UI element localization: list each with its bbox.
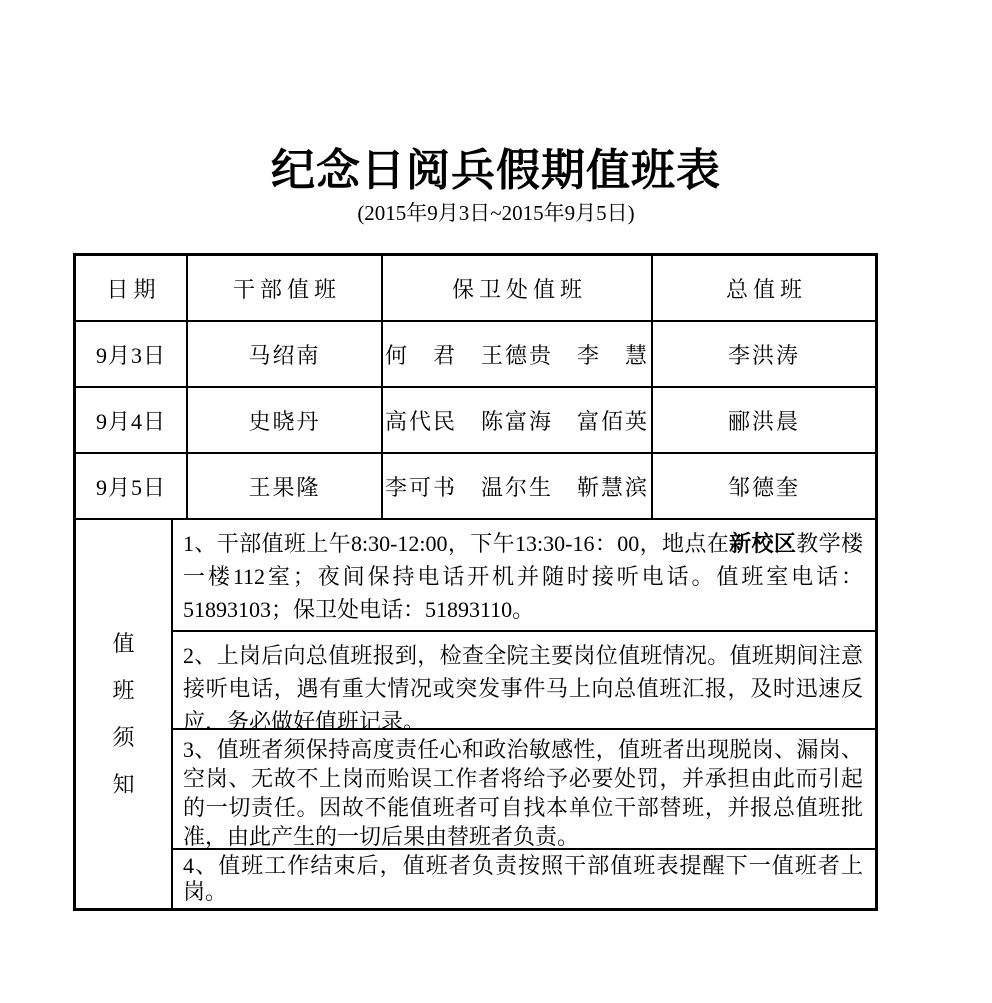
- note-1-bold-campus: 新校区: [729, 531, 796, 556]
- note-item-3: 3、值班者须保持高度责任心和政治敏感性，值班者出现脱岗、漏岗、空岗、无故不上岗而…: [173, 730, 875, 848]
- col-header-cadre-duty: 干部值班: [188, 256, 381, 320]
- page-title: 纪念日阅兵假期值班表: [0, 134, 992, 198]
- row1-date: 9月3日: [76, 322, 186, 386]
- col-header-general-duty: 总值班: [653, 256, 875, 320]
- schedule-grid: 日期 干部值班 保卫处值班 总值班 9月3日 马绍南 何 君 王德贵 李 慧 李…: [76, 256, 875, 518]
- notes-label-char-4: 知: [112, 761, 134, 808]
- col-header-security-duty: 保卫处值班: [383, 256, 651, 320]
- row3-cadre: 王果隆: [188, 454, 381, 518]
- note-item-4: 4、值班工作结束后，值班者负责按照干部值班表提醒下一值班者上岗。: [173, 850, 875, 908]
- row1-cadre: 马绍南: [188, 322, 381, 386]
- page-subtitle: (2015年9月3日~2015年9月5日): [0, 197, 992, 227]
- row2-security: 高代民 陈富海 富佰英: [383, 388, 651, 452]
- note-2-text: 2、上岗后向总值班报到，检查全院主要岗位值班情况。值班期间注意接听电话，遇有重大…: [183, 643, 863, 734]
- note-item-1: 1、干部值班上午8:30-12:00，下午13:30-16：00，地点在新校区教…: [173, 520, 875, 630]
- note-1-text-start: 1、干部值班上午8:30-12:00，下午13:30-16：00，地点在: [183, 531, 729, 556]
- row2-date: 9月4日: [76, 388, 186, 452]
- row2-cadre: 史晓丹: [188, 388, 381, 452]
- duty-roster-table: 日期 干部值班 保卫处值班 总值班 9月3日 马绍南 何 君 王德贵 李 慧 李…: [73, 253, 878, 911]
- row3-date: 9月5日: [76, 454, 186, 518]
- notes-label-char-2: 班: [112, 667, 134, 714]
- row3-general: 邹德奎: [653, 454, 875, 518]
- row1-general: 李洪涛: [653, 322, 875, 386]
- row3-security: 李可书 温尔生 靳慧滨: [383, 454, 651, 518]
- notes-vertical-label: 值 班 须 知: [76, 520, 171, 908]
- notes-grid: 值 班 须 知 1、干部值班上午8:30-12:00，下午13:30-16：00…: [76, 520, 875, 908]
- note-4-text: 4、值班工作结束后，值班者负责按照干部值班表提醒下一值班者上岗。: [183, 853, 863, 905]
- col-header-date: 日期: [76, 256, 186, 320]
- notes-label-char-1: 值: [112, 620, 134, 667]
- row1-security: 何 君 王德贵 李 慧: [383, 322, 651, 386]
- note-3-text: 3、值班者须保持高度责任心和政治敏感性，值班者出现脱岗、漏岗、空岗、无故不上岗而…: [183, 737, 863, 849]
- notes-label-char-3: 须: [112, 714, 134, 761]
- note-item-2: 2、上岗后向总值班报到，检查全院主要岗位值班情况。值班期间注意接听电话，遇有重大…: [173, 632, 875, 728]
- row2-general: 郦洪晨: [653, 388, 875, 452]
